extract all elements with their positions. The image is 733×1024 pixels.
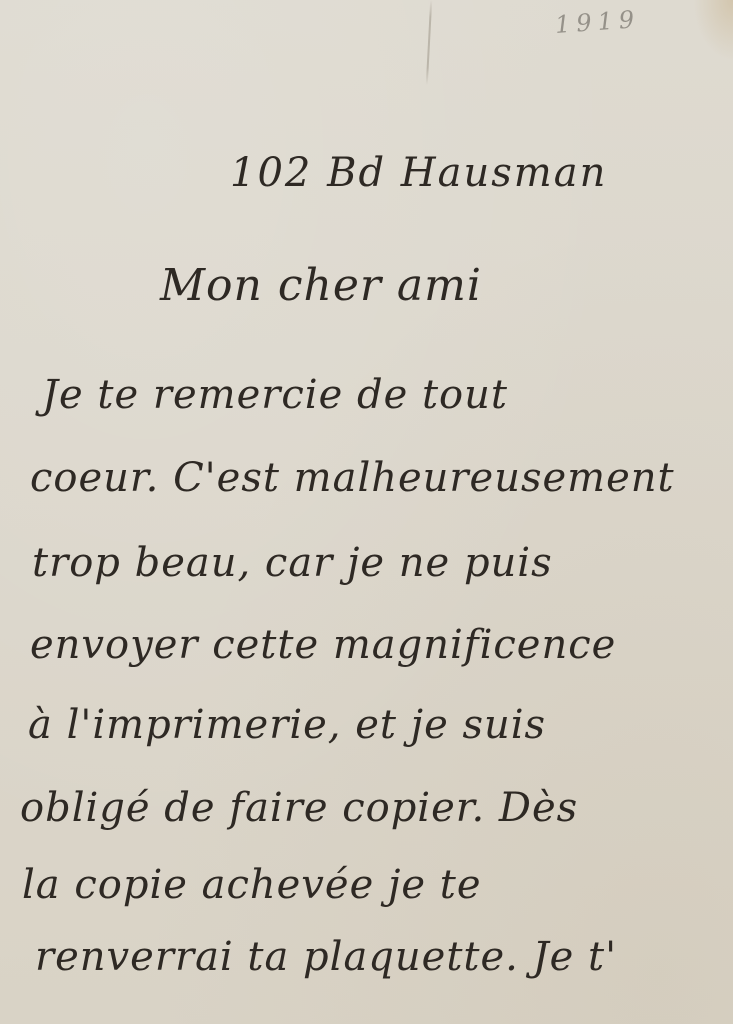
pencil-date-annotation: 1919 (554, 5, 641, 39)
letter-address: 102 Bd Hausman (230, 150, 607, 196)
body-line: envoyer cette magnificence (30, 622, 616, 668)
letter-page: 1919 102 Bd Hausman Mon cher ami Je te r… (0, 0, 733, 1024)
body-line: Je te remercie de tout (42, 372, 508, 418)
body-line: trop beau, car je ne puis (32, 540, 553, 586)
paper-fold-line (426, 0, 432, 85)
body-line: renverrai ta plaquette. Je t' (35, 934, 617, 980)
body-line: à l'imprimerie, et je suis (28, 702, 546, 748)
body-line: coeur. C'est malheureusement (30, 455, 675, 501)
body-line: obligé de faire copier. Dès (20, 785, 578, 831)
paper-stain (693, 0, 733, 60)
body-line: la copie achevée je te (22, 862, 482, 908)
letter-salutation: Mon cher ami (160, 260, 482, 311)
